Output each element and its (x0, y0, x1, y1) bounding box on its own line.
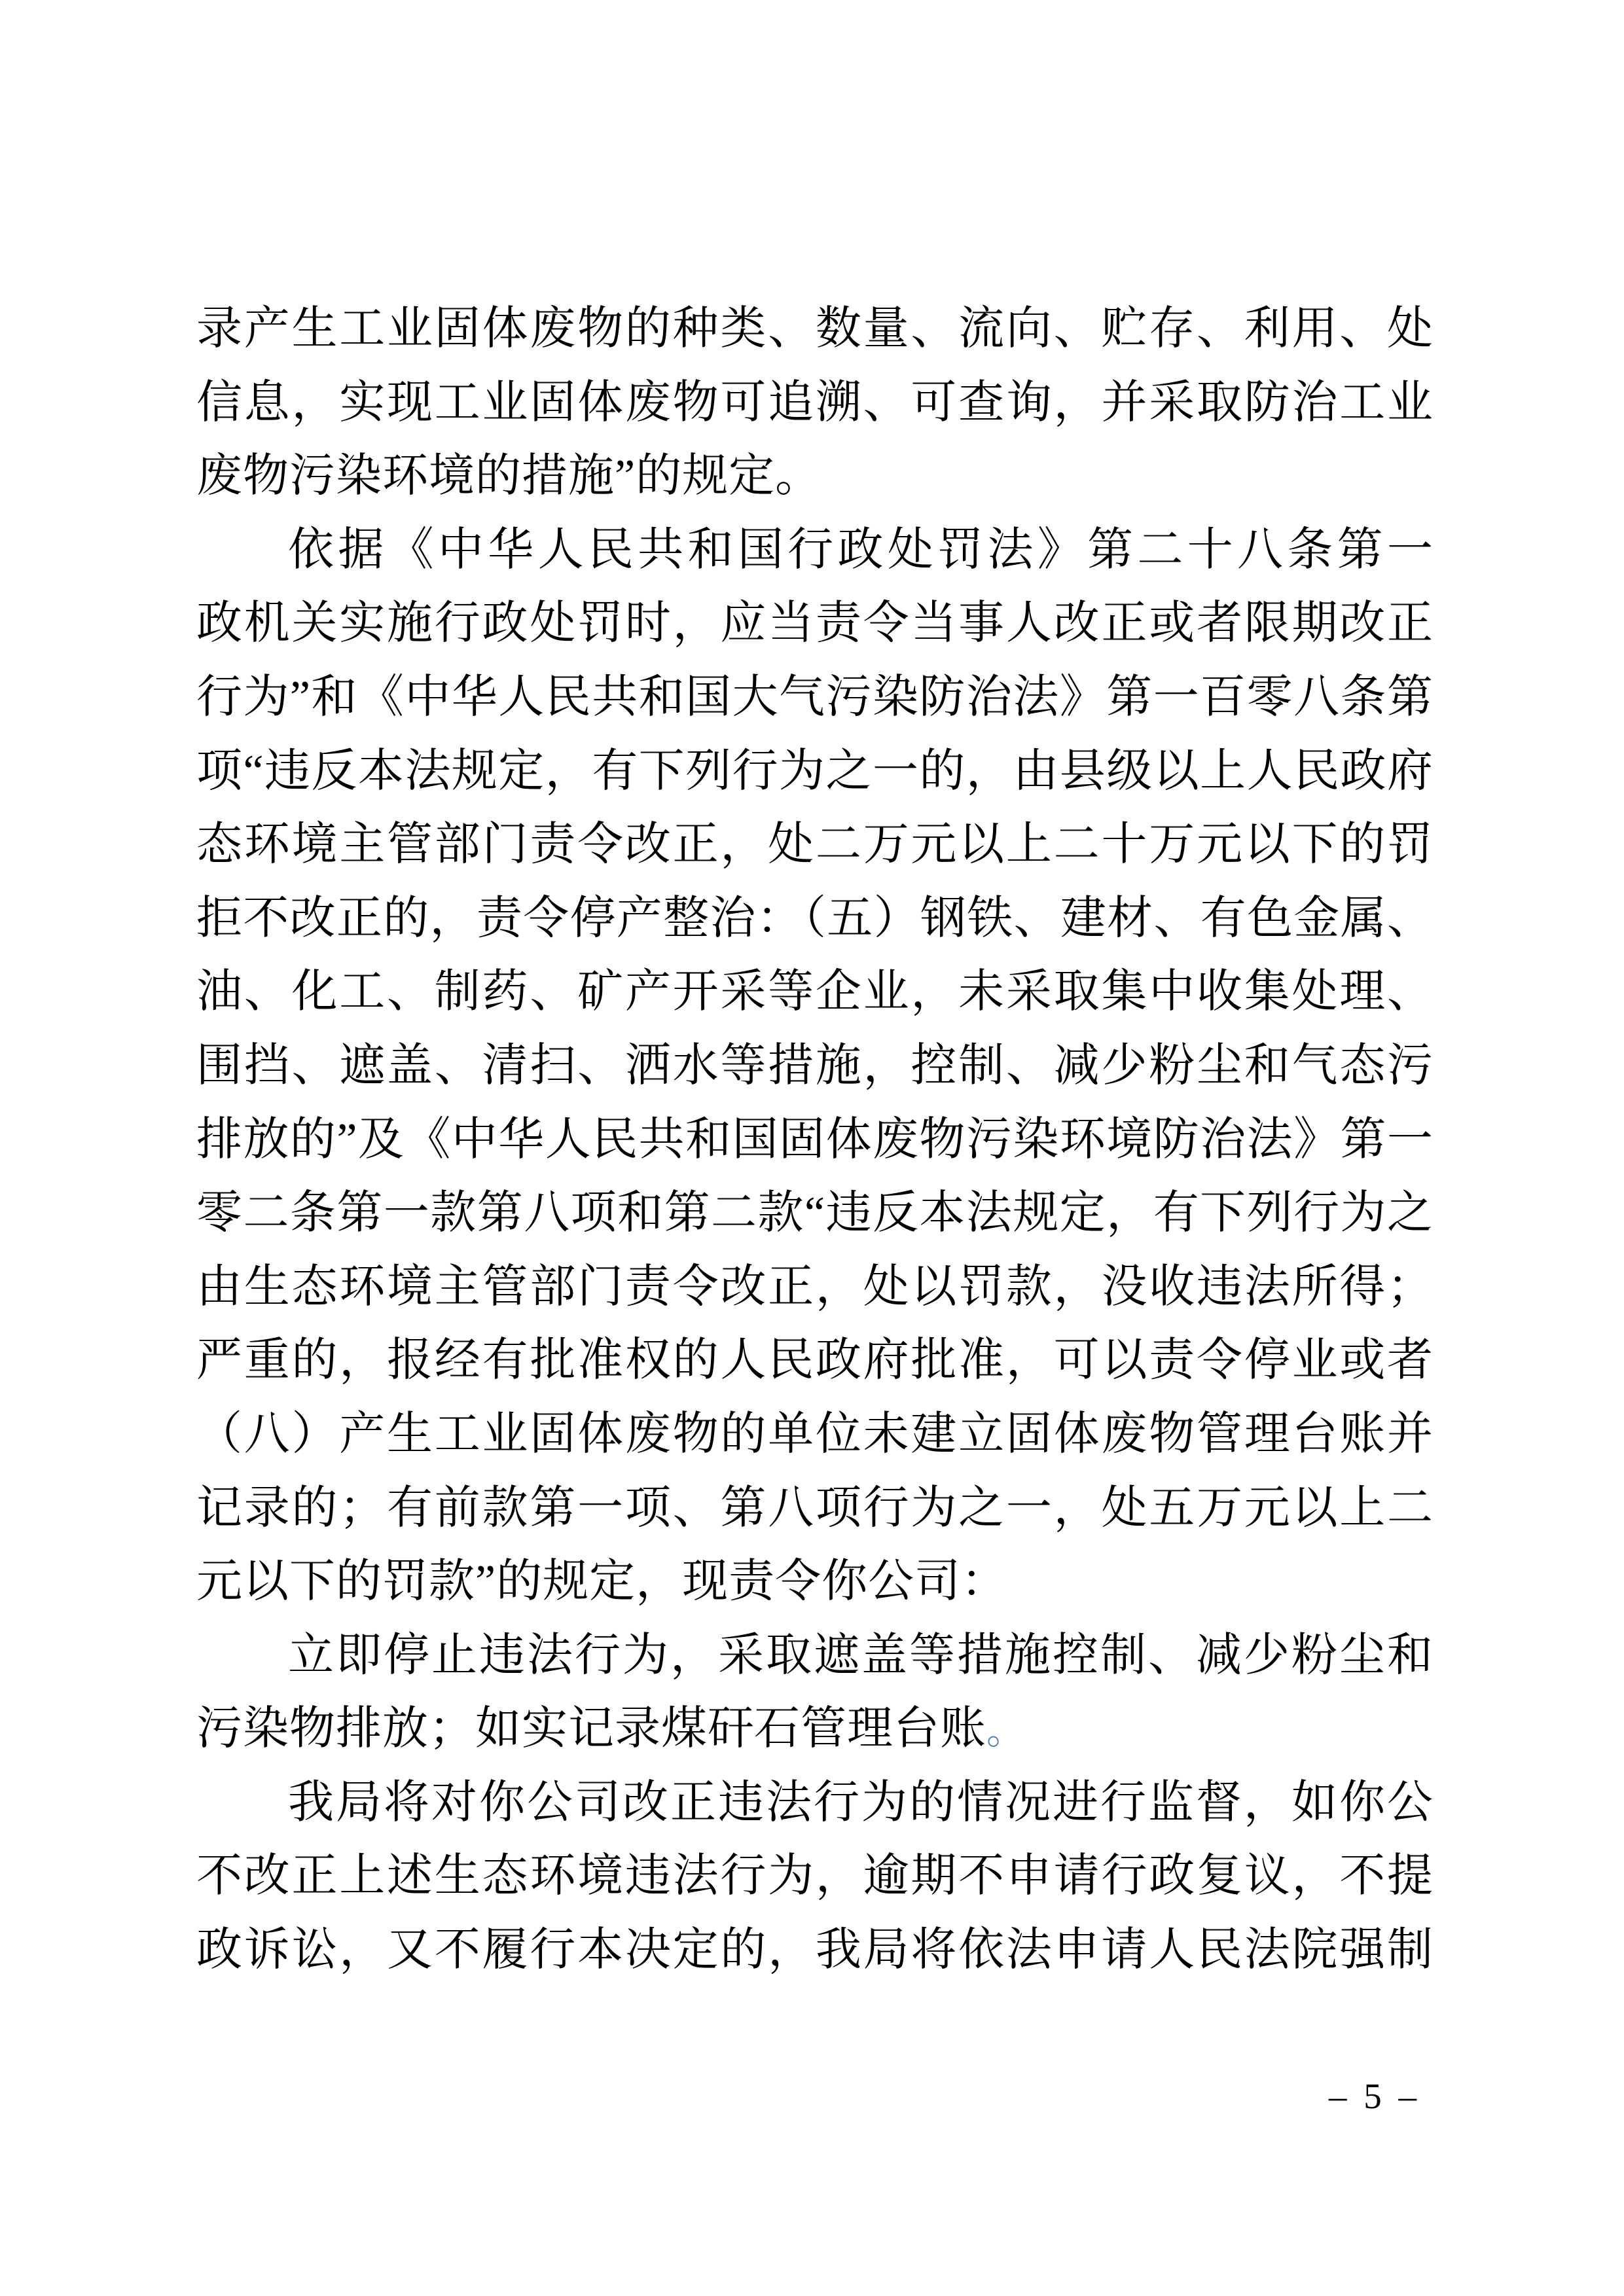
text-line: 记录的；有前款第一项、第八项行为之一，处五万元以上二十万 (196, 1472, 1434, 1546)
text-line: 政机关实施行政处罚时，应当责令当事人改正或者限期改正违法 (196, 587, 1434, 661)
text-line: 污染物排放；如实记录煤矸石管理台账。 (196, 1693, 1434, 1767)
text-line: 元以下的罚款”的规定，现责令你公司： (196, 1545, 1434, 1619)
text-line: 拒不改正的，责令停产整治：（五）钢铁、建材、有色金属、石 (196, 882, 1434, 956)
text-line: 依据《中华人民共和国行政处罚法》第二十八条第一款“行 (196, 514, 1434, 588)
text-line: 排放的”及《中华人民共和国固体废物污染环境防治法》第一百 (196, 1103, 1434, 1177)
text-line: 废物污染环境的措施”的规定。 (196, 440, 1434, 514)
document-body: 录产生工业固体废物的种类、数量、流向、贮存、利用、处置等信息，实现工业固体废物可… (196, 293, 1434, 1988)
document-page: 录产生工业固体废物的种类、数量、流向、贮存、利用、处置等信息，实现工业固体废物可… (0, 0, 1624, 2296)
text-line: 我局将对你公司改正违法行为的情况进行监督，如你公司拒 (196, 1767, 1434, 1840)
text-line: 立即停止违法行为，采取遮盖等措施控制、减少粉尘和气态 (196, 1619, 1434, 1693)
text-line: 不改正上述生态环境违法行为，逾期不申请行政复议，不提起行 (196, 1840, 1434, 1914)
blue-period: 。 (986, 1710, 1025, 1752)
text-line: 项“违反本法规定，有下列行为之一的，由县级以上人民政府生 (196, 735, 1434, 809)
text-line: 态环境主管部门责令改正，处二万元以上二十万元以下的罚款； (196, 808, 1434, 882)
text-line: 信息，实现工业固体废物可追溯、可查询，并采取防治工业固体 (196, 367, 1434, 440)
text-line: 行为”和《中华人民共和国大气污染防治法》第一百零八条第五 (196, 661, 1434, 735)
text-line: 政诉讼，又不履行本决定的，我局将依法申请人民法院强制执行。 (196, 1914, 1434, 1988)
text-line: 围挡、遮盖、清扫、洒水等措施，控制、减少粉尘和气态污染物 (196, 1030, 1434, 1103)
text-line: 由生态环境主管部门责令改正，处以罚款，没收违法所得；情节 (196, 1251, 1434, 1325)
page-number: – 5 – (1322, 2073, 1427, 2119)
text-line: 油、化工、制药、矿产开采等企业，未采取集中收集处理、密闭、 (196, 956, 1434, 1030)
text-line: 录产生工业固体废物的种类、数量、流向、贮存、利用、处置等 (196, 293, 1434, 367)
text-line: 严重的，报经有批准权的人民政府批准，可以责令停业或者关闭： (196, 1324, 1434, 1398)
text-line: 零二条第一款第八项和第二款“违反本法规定，有下列行为之一， (196, 1177, 1434, 1251)
text-line: （八）产生工业固体废物的单位未建立固体废物管理台账并如实 (196, 1398, 1434, 1472)
